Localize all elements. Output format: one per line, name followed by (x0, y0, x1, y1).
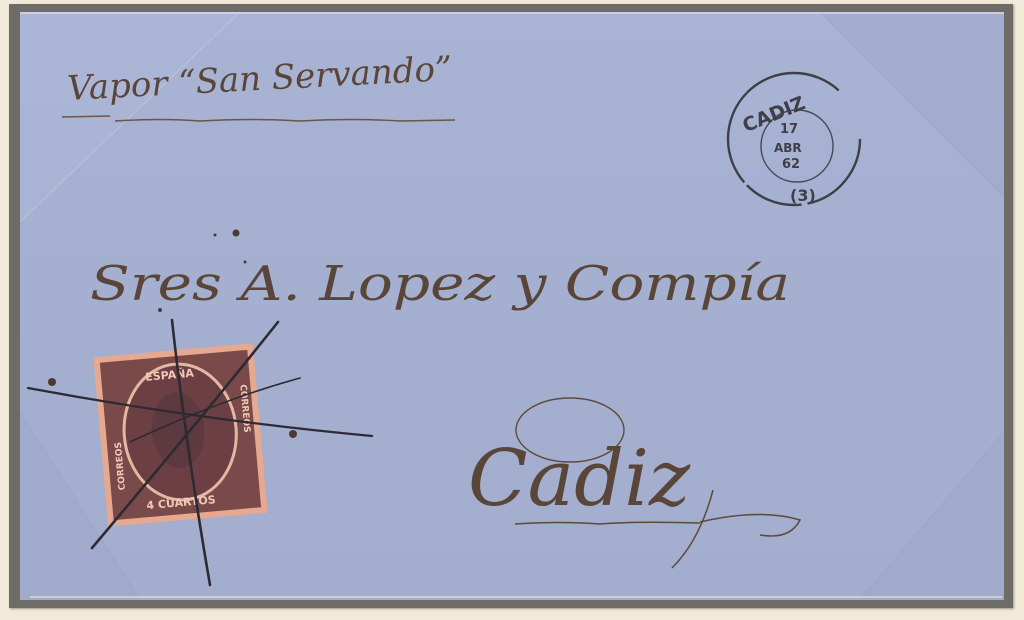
postmark-day: 17 (780, 122, 798, 137)
postmark-year: 62 (782, 157, 800, 172)
ship-route-text: Vapor “San Servando” (66, 49, 453, 109)
postmark: CADIZ 17 ABR 62 (3) (728, 73, 860, 205)
postage-stamp: ESPAÑA 4 CUARTOS CORREOS CORREOS (93, 343, 267, 526)
cover-markings: Vapor “San Servando” CADIZ 17 ABR 62 (3)… (0, 0, 1024, 620)
postmark-month: ABR (774, 141, 802, 155)
addressee-text: Sres A. Lopez y Compía (90, 256, 790, 312)
postmark-office-number: (3) (790, 186, 816, 205)
ship-route-note: Vapor “San Servando” (62, 49, 455, 121)
destination: Cadiz (468, 398, 800, 568)
addressee: Sres A. Lopez y Compía (90, 230, 790, 313)
destination-text: Cadiz (468, 434, 691, 524)
